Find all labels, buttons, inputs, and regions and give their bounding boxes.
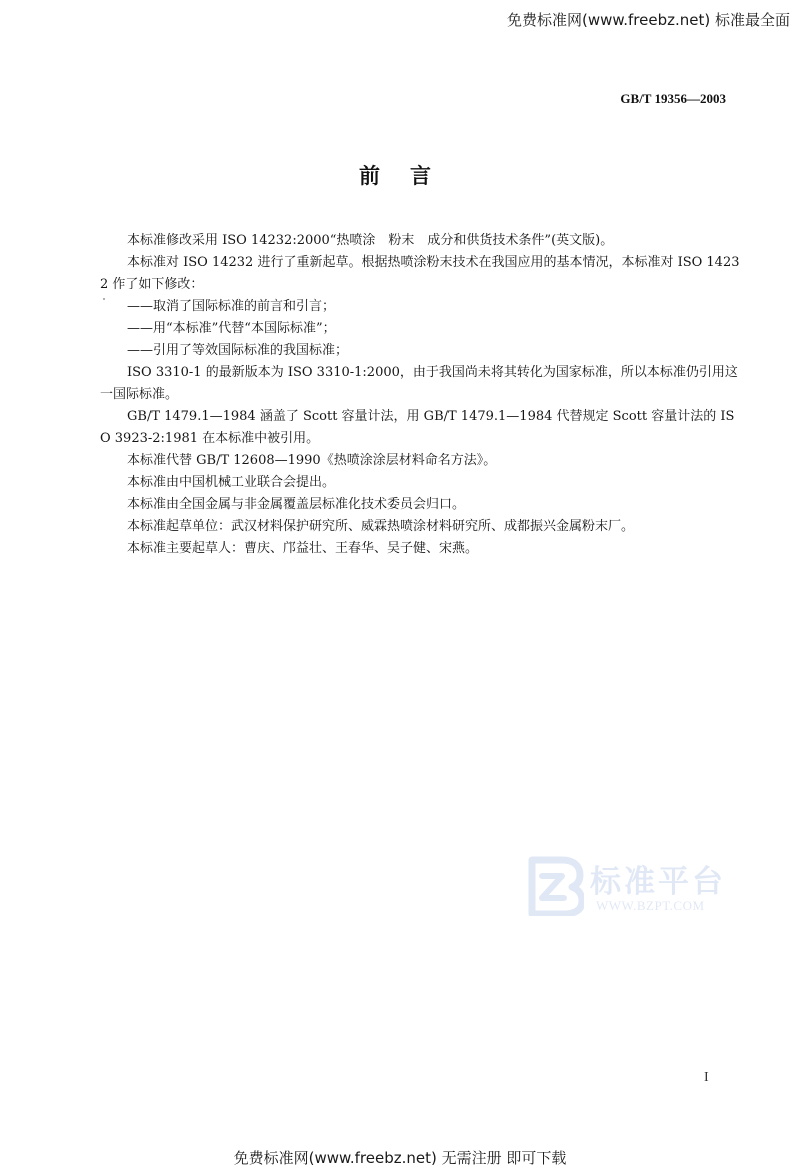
paragraph: 本标准修改采用 ISO 14232:2000“热喷涂 粉末 成分和供货技术条件”…: [100, 230, 740, 252]
list-item: ——用“本标准”代替“本国际标准”；: [100, 318, 740, 340]
watermark-url: WWW.BZPT.COM: [596, 898, 705, 914]
paragraph: 本标准起草单位：武汉材料保护研究所、威霖热喷涂材料研究所、成都振兴金属粉末厂。: [100, 516, 740, 538]
site-banner-top: 免费标准网(www.freebz.net) 标准最全面: [507, 9, 790, 30]
paragraph: 本标准代替 GB/T 12608—1990《热喷涂涂层材料命名方法》。: [100, 450, 740, 472]
watermark: 标准平台 WWW.BZPT.COM: [526, 854, 736, 924]
paragraph: GB/T 1479.1—1984 涵盖了 Scott 容量计法，用 GB/T 1…: [100, 406, 740, 450]
list-item: ——取消了国际标准的前言和引言；: [100, 296, 740, 318]
paragraph: 本标准由全国金属与非金属覆盖层标准化技术委员会归口。: [100, 494, 740, 516]
paragraph: 本标准主要起草人：曹庆、邝益壮、王春华、吴子健、宋燕。: [100, 538, 740, 560]
document-body: 本标准修改采用 ISO 14232:2000“热喷涂 粉末 成分和供货技术条件”…: [100, 230, 740, 560]
watermark-name: 标准平台: [590, 856, 726, 901]
paragraph: 本标准由中国机械工业联合会提出。: [100, 472, 740, 494]
page-number: I: [704, 1070, 709, 1086]
paragraph: 本标准对 ISO 14232 进行了重新起草。根据热喷涂粉末技术在我国应用的基本…: [100, 252, 740, 296]
bzpt-logo-icon: [526, 856, 584, 916]
list-item: ——引用了等效国际标准的我国标准；: [100, 340, 740, 362]
scan-artifact: [103, 298, 105, 300]
standard-code: GB/T 19356—2003: [620, 91, 726, 107]
page-title: 前言: [0, 160, 800, 190]
paragraph: ISO 3310-1 的最新版本为 ISO 3310-1:2000，由于我国尚未…: [100, 362, 740, 406]
site-banner-bottom: 免费标准网(www.freebz.net) 无需注册 即可下载: [0, 1147, 800, 1168]
